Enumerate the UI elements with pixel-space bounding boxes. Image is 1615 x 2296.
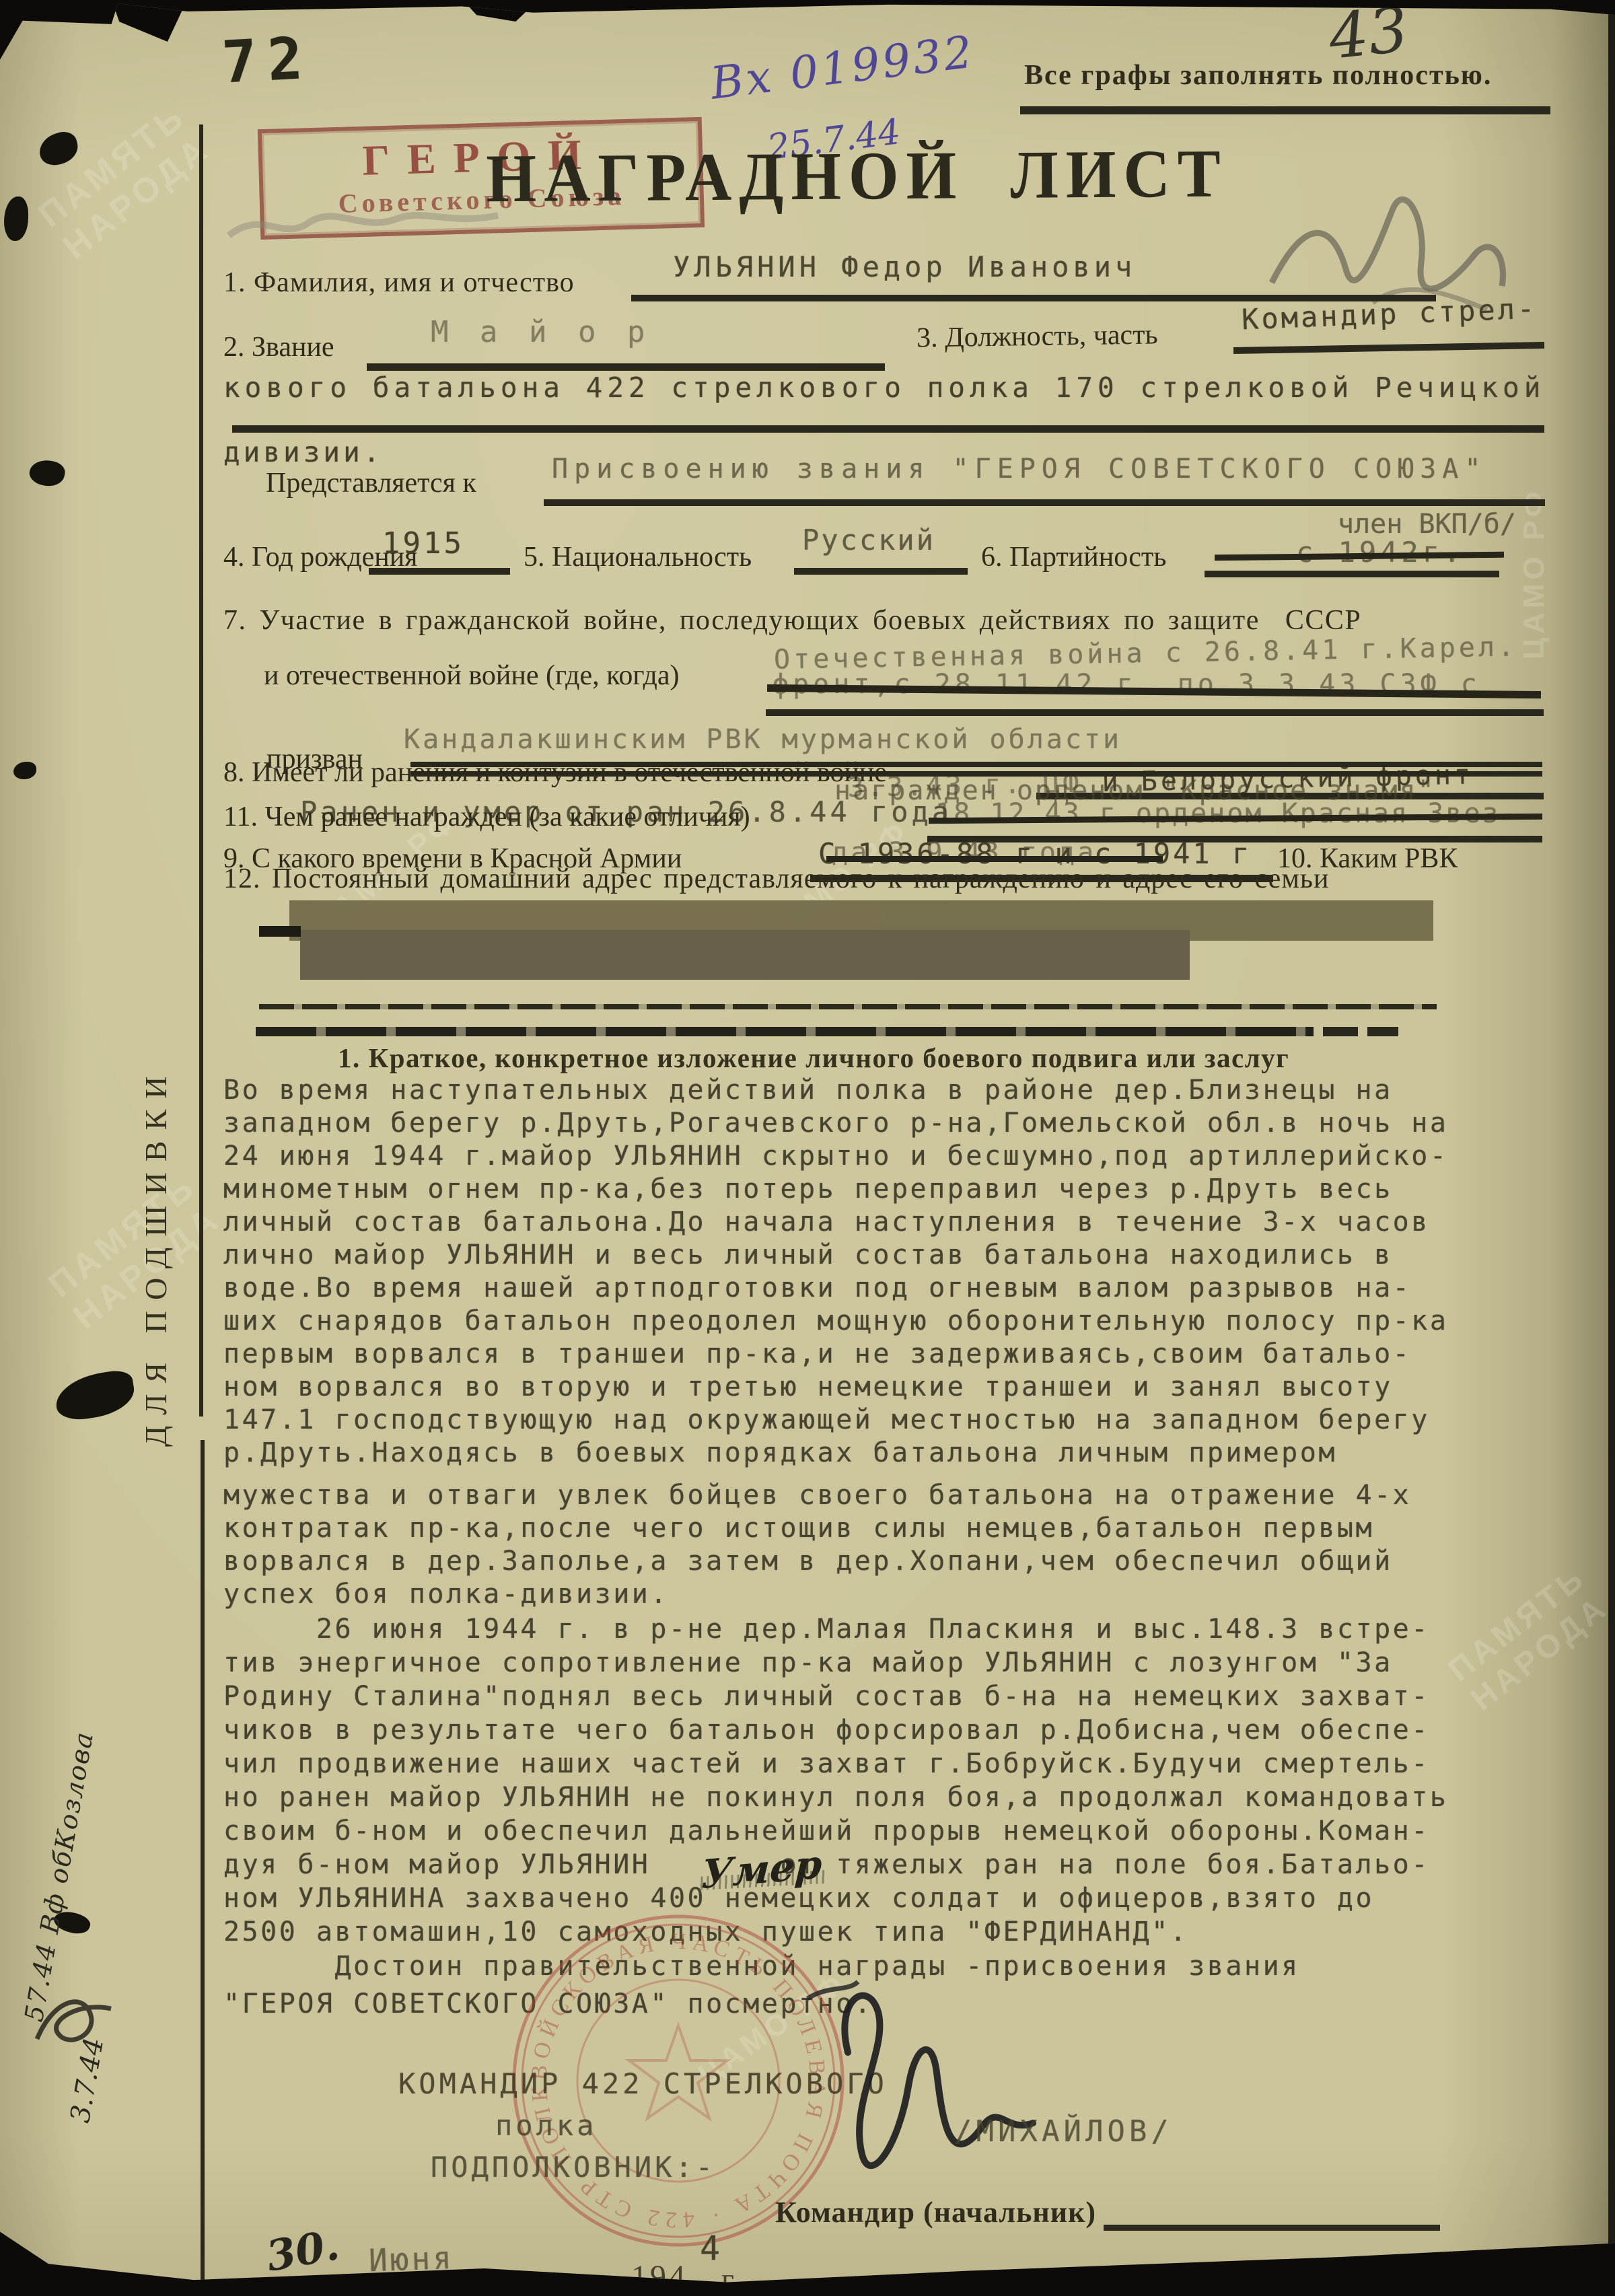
body-line: личный состав батальона.До начала наступ… bbox=[223, 1206, 1569, 1239]
typed-rule-dash bbox=[1323, 1027, 1358, 1036]
body-line: 26 июня 1944 г. в р-не дер.Малая Пласкин… bbox=[223, 1612, 1569, 1646]
body-line: ворвался в дер.Заполье,а затем в дер.Хоп… bbox=[223, 1545, 1569, 1578]
pencil-smudge bbox=[222, 195, 505, 256]
typed-rule-dash bbox=[1367, 1027, 1398, 1036]
field3-rule1 bbox=[1233, 342, 1544, 354]
field2-label: 2. Звание bbox=[223, 331, 334, 363]
feat-paragraph-3: 26 июня 1944 г. в р-не дер.Малая Пласкин… bbox=[223, 1612, 1569, 1949]
submit-value: Присвоению звания "ГЕРОЯ СОВЕТСКОГО СОЮЗ… bbox=[552, 454, 1486, 485]
field3-rule2 bbox=[232, 425, 1544, 433]
date-day: 30. bbox=[262, 2220, 343, 2281]
field4-rule bbox=[369, 568, 510, 575]
body-line: ших снарядов батальон преодолел мощную о… bbox=[223, 1305, 1569, 1338]
body-line: 2500 автомашин,10 самоходных пушек типа … bbox=[223, 1915, 1569, 1949]
page-title: НАГРАДНОЙ ЛИСТ bbox=[486, 133, 1228, 217]
body-line: минометным огнем пр-ка,без потерь перепр… bbox=[223, 1173, 1569, 1206]
ink-blot bbox=[4, 196, 28, 241]
ink-blot bbox=[28, 457, 67, 489]
paper-sheet: ПАМЯТЬ НАРОДА ПАМЯТЬ НАРОДА ЦАМО РФ ЦАМО… bbox=[0, 0, 1615, 2296]
feat-paragraph-2: мужества и отваги увлек бойцев своего ба… bbox=[223, 1479, 1569, 1611]
body-line: контратак пр-ка,после чего истощив силы … bbox=[223, 1512, 1569, 1545]
field10-value: Кандалакшинским РВК мурманской области bbox=[404, 724, 1122, 755]
field6-label: 6. Партийность bbox=[981, 541, 1166, 573]
year-suffix: г. bbox=[721, 2261, 738, 2296]
body-line: 147.1 господствующую над окружающей мест… bbox=[223, 1404, 1569, 1437]
body-line: Родину Сталина"поднял весь личный состав… bbox=[223, 1680, 1569, 1713]
field11-strike2 bbox=[826, 856, 1163, 862]
margin-flourish bbox=[27, 1978, 121, 2059]
body-line: чил продвижение наших частей и захват г.… bbox=[223, 1747, 1569, 1781]
feat-heading: 1. Краткое, конкретное изложение личного… bbox=[338, 1042, 1289, 1074]
page-edge-right bbox=[1608, 0, 1615, 2296]
body-line: Во время наступательных действий полка в… bbox=[223, 1074, 1569, 1107]
body-line: чиков в результате чего батальон форсиро… bbox=[223, 1713, 1569, 1747]
body-line: 24 июня 1944 г.майор УЛЬЯНИН скрытно и б… bbox=[223, 1140, 1569, 1173]
body-line: своим б-ном и обеспечил дальнейший проры… bbox=[223, 1814, 1569, 1848]
footer-rule bbox=[1104, 2225, 1440, 2231]
date-month: Июня bbox=[368, 2239, 455, 2279]
body-line: но ранен майор УЛЬЯНИН не покинул поля б… bbox=[223, 1781, 1569, 1814]
page-tear bbox=[463, 0, 538, 22]
body-line: ном УЛЬЯНИНА захвачено 400 немецких солд… bbox=[223, 1881, 1569, 1915]
typed-rule bbox=[256, 1027, 1314, 1036]
fill-note: Все графы заполнять полностью. bbox=[1024, 59, 1492, 92]
watermark-tsamo: ЦАМО РФ bbox=[1517, 488, 1551, 659]
field3-label: 3. Должность, часть bbox=[917, 318, 1158, 354]
field7-rule bbox=[766, 709, 1544, 716]
submit-rule bbox=[544, 499, 1545, 506]
feat-paragraph-1: Во время наступательных действий полка в… bbox=[223, 1074, 1569, 1470]
field3-value-line2: кового батальона 422 стрелкового полка 1… bbox=[223, 371, 1545, 404]
archive-page-number: 72 bbox=[220, 25, 315, 97]
redaction-box bbox=[300, 930, 1190, 980]
signature-name: /МИХАЙЛОВ/ bbox=[954, 2114, 1173, 2149]
field6-rule bbox=[1205, 571, 1499, 577]
ink-blot bbox=[36, 129, 81, 168]
field4-value: 1915 bbox=[382, 526, 464, 561]
watermark-pamyat-naroda: ПАМЯТЬ НАРОДА bbox=[31, 96, 219, 267]
body-line: тив энергичное сопротивление пр-ка майор… bbox=[223, 1646, 1569, 1680]
field5-rule bbox=[794, 568, 968, 575]
field7-label-line1: 7. Участие в гражданской войне, последую… bbox=[223, 604, 1361, 637]
incoming-number: Вх 019932 bbox=[708, 26, 978, 110]
footer-label: Командир (начальник) bbox=[775, 2195, 1096, 2229]
scanned-award-sheet: ПАМЯТЬ НАРОДА ПАМЯТЬ НАРОДА ЦАМО РФ ЦАМО… bbox=[0, 0, 1615, 2296]
ink-blot bbox=[13, 762, 36, 779]
field5-label: 5. Национальность bbox=[524, 541, 752, 573]
margin-rule bbox=[201, 1440, 205, 2285]
year-digit: 4 bbox=[700, 2229, 720, 2268]
margin-rule bbox=[199, 124, 203, 1416]
field5-value: Русский bbox=[802, 524, 935, 557]
fill-note-rule bbox=[1020, 106, 1550, 114]
submit-label: Представляется к bbox=[266, 467, 476, 499]
body-line: р.Друть.Находясь в боевых порядках батал… bbox=[223, 1437, 1569, 1470]
field3-value-line3: дивизии. bbox=[223, 436, 383, 468]
field7-label-line2: и отечественной войне (где, когда) bbox=[264, 659, 680, 692]
body-line: успех боя полка-дивизии. bbox=[223, 1578, 1569, 1611]
field12-label: 12. Постоянный домашний адрес представля… bbox=[223, 863, 1330, 895]
commander-line2: полка bbox=[495, 2109, 597, 2142]
commander-line3: ПОДПОЛКОВНИК:- bbox=[431, 2151, 716, 2184]
field10-label2: призван bbox=[266, 743, 363, 775]
ink-blot bbox=[52, 1368, 138, 1423]
year-printed: 194 bbox=[631, 2258, 688, 2295]
body-line: мужества и отваги увлек бойцев своего ба… bbox=[223, 1479, 1569, 1512]
field10-rule bbox=[410, 762, 1542, 777]
page-tear bbox=[112, 0, 187, 42]
typed-rule bbox=[259, 1004, 1437, 1009]
body-line: западном берегу р.Друть,Рогачевского р-н… bbox=[223, 1107, 1569, 1140]
ink-signature bbox=[767, 1972, 1050, 2200]
body-line: первым ворвался в траншеи пр-ка,и не зад… bbox=[223, 1338, 1569, 1371]
body-line: воде.Во время нашей артподготовки под ог… bbox=[223, 1272, 1569, 1305]
binding-caption: ДЛЯ ПОДШИВКИ bbox=[138, 1066, 174, 1447]
body-line: лично майор УЛЬЯНИН и весь личный состав… bbox=[223, 1239, 1569, 1272]
redaction-box bbox=[259, 926, 301, 937]
body-line: дуя б-ном майор УЛЬЯНИН от тяжелых ран н… bbox=[223, 1848, 1569, 1881]
field11-label: 11. Чем ранее награжден (за какие отличи… bbox=[223, 801, 750, 833]
field2-value: М а й о р bbox=[431, 315, 651, 349]
field1-label: 1. Фамилия, имя и отчество bbox=[223, 266, 575, 299]
body-line: ном ворвался во вторую и третью немецкие… bbox=[223, 1371, 1569, 1404]
field1-value: УЛЬЯНИН Федор Иванович bbox=[673, 250, 1136, 283]
field2-rule bbox=[367, 363, 885, 371]
